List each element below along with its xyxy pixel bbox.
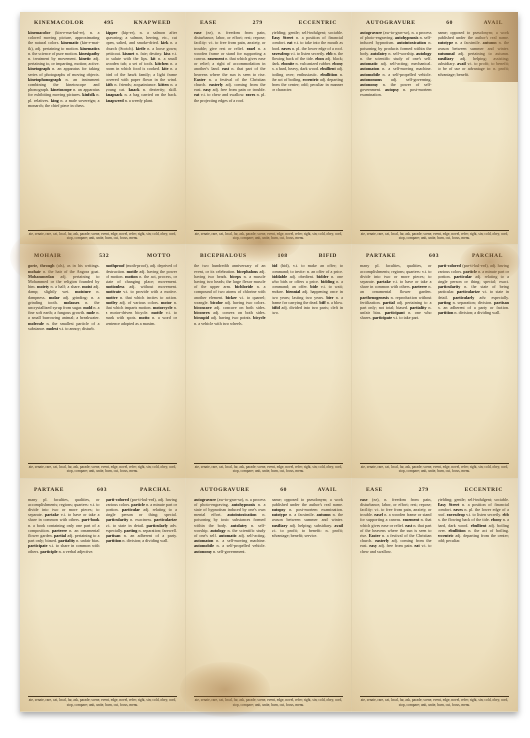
left-guide-word: MOHAIR: [34, 253, 61, 259]
pronunciation-key-footer: ate, senate, rare, cat, local, far, ask,…: [194, 696, 343, 707]
page-number: 108: [278, 253, 288, 259]
dictionary-page: EASE279ECCENTRICease (ez), n. freedom fr…: [352, 479, 518, 712]
left-guide-word: PARTAKE: [34, 487, 64, 493]
right-column: parti-colored (par-ti-kul-erd), adj. hav…: [106, 497, 178, 683]
left-guide-word: AUTOGRAVURE: [200, 487, 250, 493]
pronunciation-key-footer: ate, senate, rare, cat, local, far, ask,…: [28, 696, 177, 707]
entry-columns: the two hundredth anniversary of an even…: [194, 263, 343, 449]
pronunciation-key-footer: ate, senate, rare, cat, local, far, ask,…: [28, 230, 177, 241]
entry-columns: ease (ez), n. freedom from pain, disturb…: [194, 30, 343, 216]
entry-columns: autogravure (aw-to-grav-ur), n. a proces…: [360, 30, 509, 216]
left-column: gorie, through (als), as in his writings…: [28, 263, 100, 449]
pronunciation-key-footer: ate, senate, rare, cat, local, far, ask,…: [360, 696, 509, 707]
left-column: ease (ez), n. freedom from pain, disturb…: [360, 497, 432, 683]
dictionary-collage: KINEMACOLOR495KNAPWEEDkinemacolor (kin-e…: [20, 12, 518, 712]
left-guide-word: AUTOGRAVURE: [366, 20, 416, 26]
page-header: EASE279ECCENTRIC: [200, 20, 337, 26]
left-guide-word: EASE: [200, 20, 217, 26]
page-header: KINEMACOLOR495KNAPWEED: [34, 20, 171, 26]
page-header: MOHAIR532MOTTO: [34, 253, 171, 259]
page-header: PARTAKE603PARCHAL: [34, 487, 171, 493]
pronunciation-key-footer: ate, senate, rare, cat, local, far, ask,…: [194, 463, 343, 474]
right-guide-word: PARCHAL: [140, 487, 171, 493]
left-guide-word: KINEMACOLOR: [34, 20, 84, 26]
right-guide-word: MOTTO: [147, 253, 171, 259]
right-column: mothproof (moth-proof), adj. deprived of…: [106, 263, 178, 449]
entry-columns: gorie, through (als), as in his writings…: [28, 263, 177, 449]
right-guide-word: AVAIL: [318, 487, 337, 493]
dictionary-page: BICEPHALOUS108BIFIDthe two hundredth ann…: [186, 245, 352, 478]
page-number: 279: [419, 487, 429, 493]
right-guide-word: ECCENTRIC: [465, 487, 503, 493]
pronunciation-key-footer: ate, senate, rare, cat, local, far, ask,…: [360, 463, 509, 474]
page-header: PARTAKE603PARCHAL: [366, 253, 503, 259]
right-guide-word: AVAIL: [484, 20, 503, 26]
dictionary-page: KINEMACOLOR495KNAPWEEDkinemacolor (kin-e…: [20, 12, 186, 245]
entry-columns: kinemacolor (kin-e-ma-kul-er), n. a colo…: [28, 30, 177, 216]
pronunciation-key-footer: ate, senate, rare, cat, local, far, ask,…: [28, 463, 177, 474]
page-header: AUTOGRAVURE60AVAIL: [366, 20, 503, 26]
page-number: 60: [280, 487, 287, 493]
right-column: name; opposed to pseudonym; a work publi…: [272, 497, 344, 683]
right-column: bid (bid), v.t. to make an offer; to com…: [272, 263, 344, 449]
dictionary-page: PARTAKE603PARCHALmany pl. faculties, qua…: [20, 479, 186, 712]
right-column: yielding; gentle; self-indulgent; sociab…: [272, 30, 344, 216]
page-number: 60: [446, 20, 453, 26]
entry-columns: autogravure (aw-to-grav-ur), n. a proces…: [194, 497, 343, 683]
right-guide-word: BIFID: [319, 253, 337, 259]
page-header: EASE279ECCENTRIC: [366, 487, 503, 493]
left-guide-word: BICEPHALOUS: [200, 253, 247, 259]
dictionary-page: EASE279ECCENTRICease (ez), n. freedom fr…: [186, 12, 352, 245]
page-number: 279: [253, 20, 263, 26]
left-column: ease (ez), n. freedom from pain, disturb…: [194, 30, 266, 216]
right-column: kipper (kip-er), n. a salmon after spawn…: [106, 30, 178, 216]
right-guide-word: PARCHAL: [472, 253, 503, 259]
page-number: 603: [97, 487, 107, 493]
entry-columns: many pl. faculties, qualities, or accomp…: [360, 263, 509, 449]
right-guide-word: ECCENTRIC: [299, 20, 337, 26]
right-guide-word: KNAPWEED: [134, 20, 171, 26]
dictionary-page: PARTAKE603PARCHALmany pl. faculties, qua…: [352, 245, 518, 478]
pronunciation-key-footer: ate, senate, rare, cat, local, far, ask,…: [194, 230, 343, 241]
left-column: autogravure (aw-to-grav-ur), n. a proces…: [360, 30, 432, 216]
left-column: kinemacolor (kin-e-ma-kul-er), n. a colo…: [28, 30, 100, 216]
right-column: name; opposed to pseudonym; a work publi…: [438, 30, 510, 216]
left-guide-word: EASE: [366, 487, 383, 493]
left-column: many pl. faculties, qualities, or accomp…: [360, 263, 432, 449]
page-header: BICEPHALOUS108BIFID: [200, 253, 337, 259]
left-column: many pl. faculties, qualities, or accomp…: [28, 497, 100, 683]
entry-columns: ease (ez), n. freedom from pain, disturb…: [360, 497, 509, 683]
page-number: 495: [104, 20, 114, 26]
entry-columns: many pl. faculties, qualities, or accomp…: [28, 497, 177, 683]
left-guide-word: PARTAKE: [366, 253, 396, 259]
left-column: autogravure (aw-to-grav-ur), n. a proces…: [194, 497, 266, 683]
dictionary-page: AUTOGRAVURE60AVAILautogravure (aw-to-gra…: [186, 479, 352, 712]
page-header: AUTOGRAVURE60AVAIL: [200, 487, 337, 493]
dictionary-page: AUTOGRAVURE60AVAILautogravure (aw-to-gra…: [352, 12, 518, 245]
page-number: 532: [99, 253, 109, 259]
right-column: yielding; gentle; self-indulgent; sociab…: [438, 497, 510, 683]
pronunciation-key-footer: ate, senate, rare, cat, local, far, ask,…: [360, 230, 509, 241]
page-number: 603: [429, 253, 439, 259]
dictionary-page: MOHAIR532MOTTOgorie, through (als), as i…: [20, 245, 186, 478]
right-column: parti-colored (par-ti-kul-erd), adj. hav…: [438, 263, 510, 449]
left-column: the two hundredth anniversary of an even…: [194, 263, 266, 449]
